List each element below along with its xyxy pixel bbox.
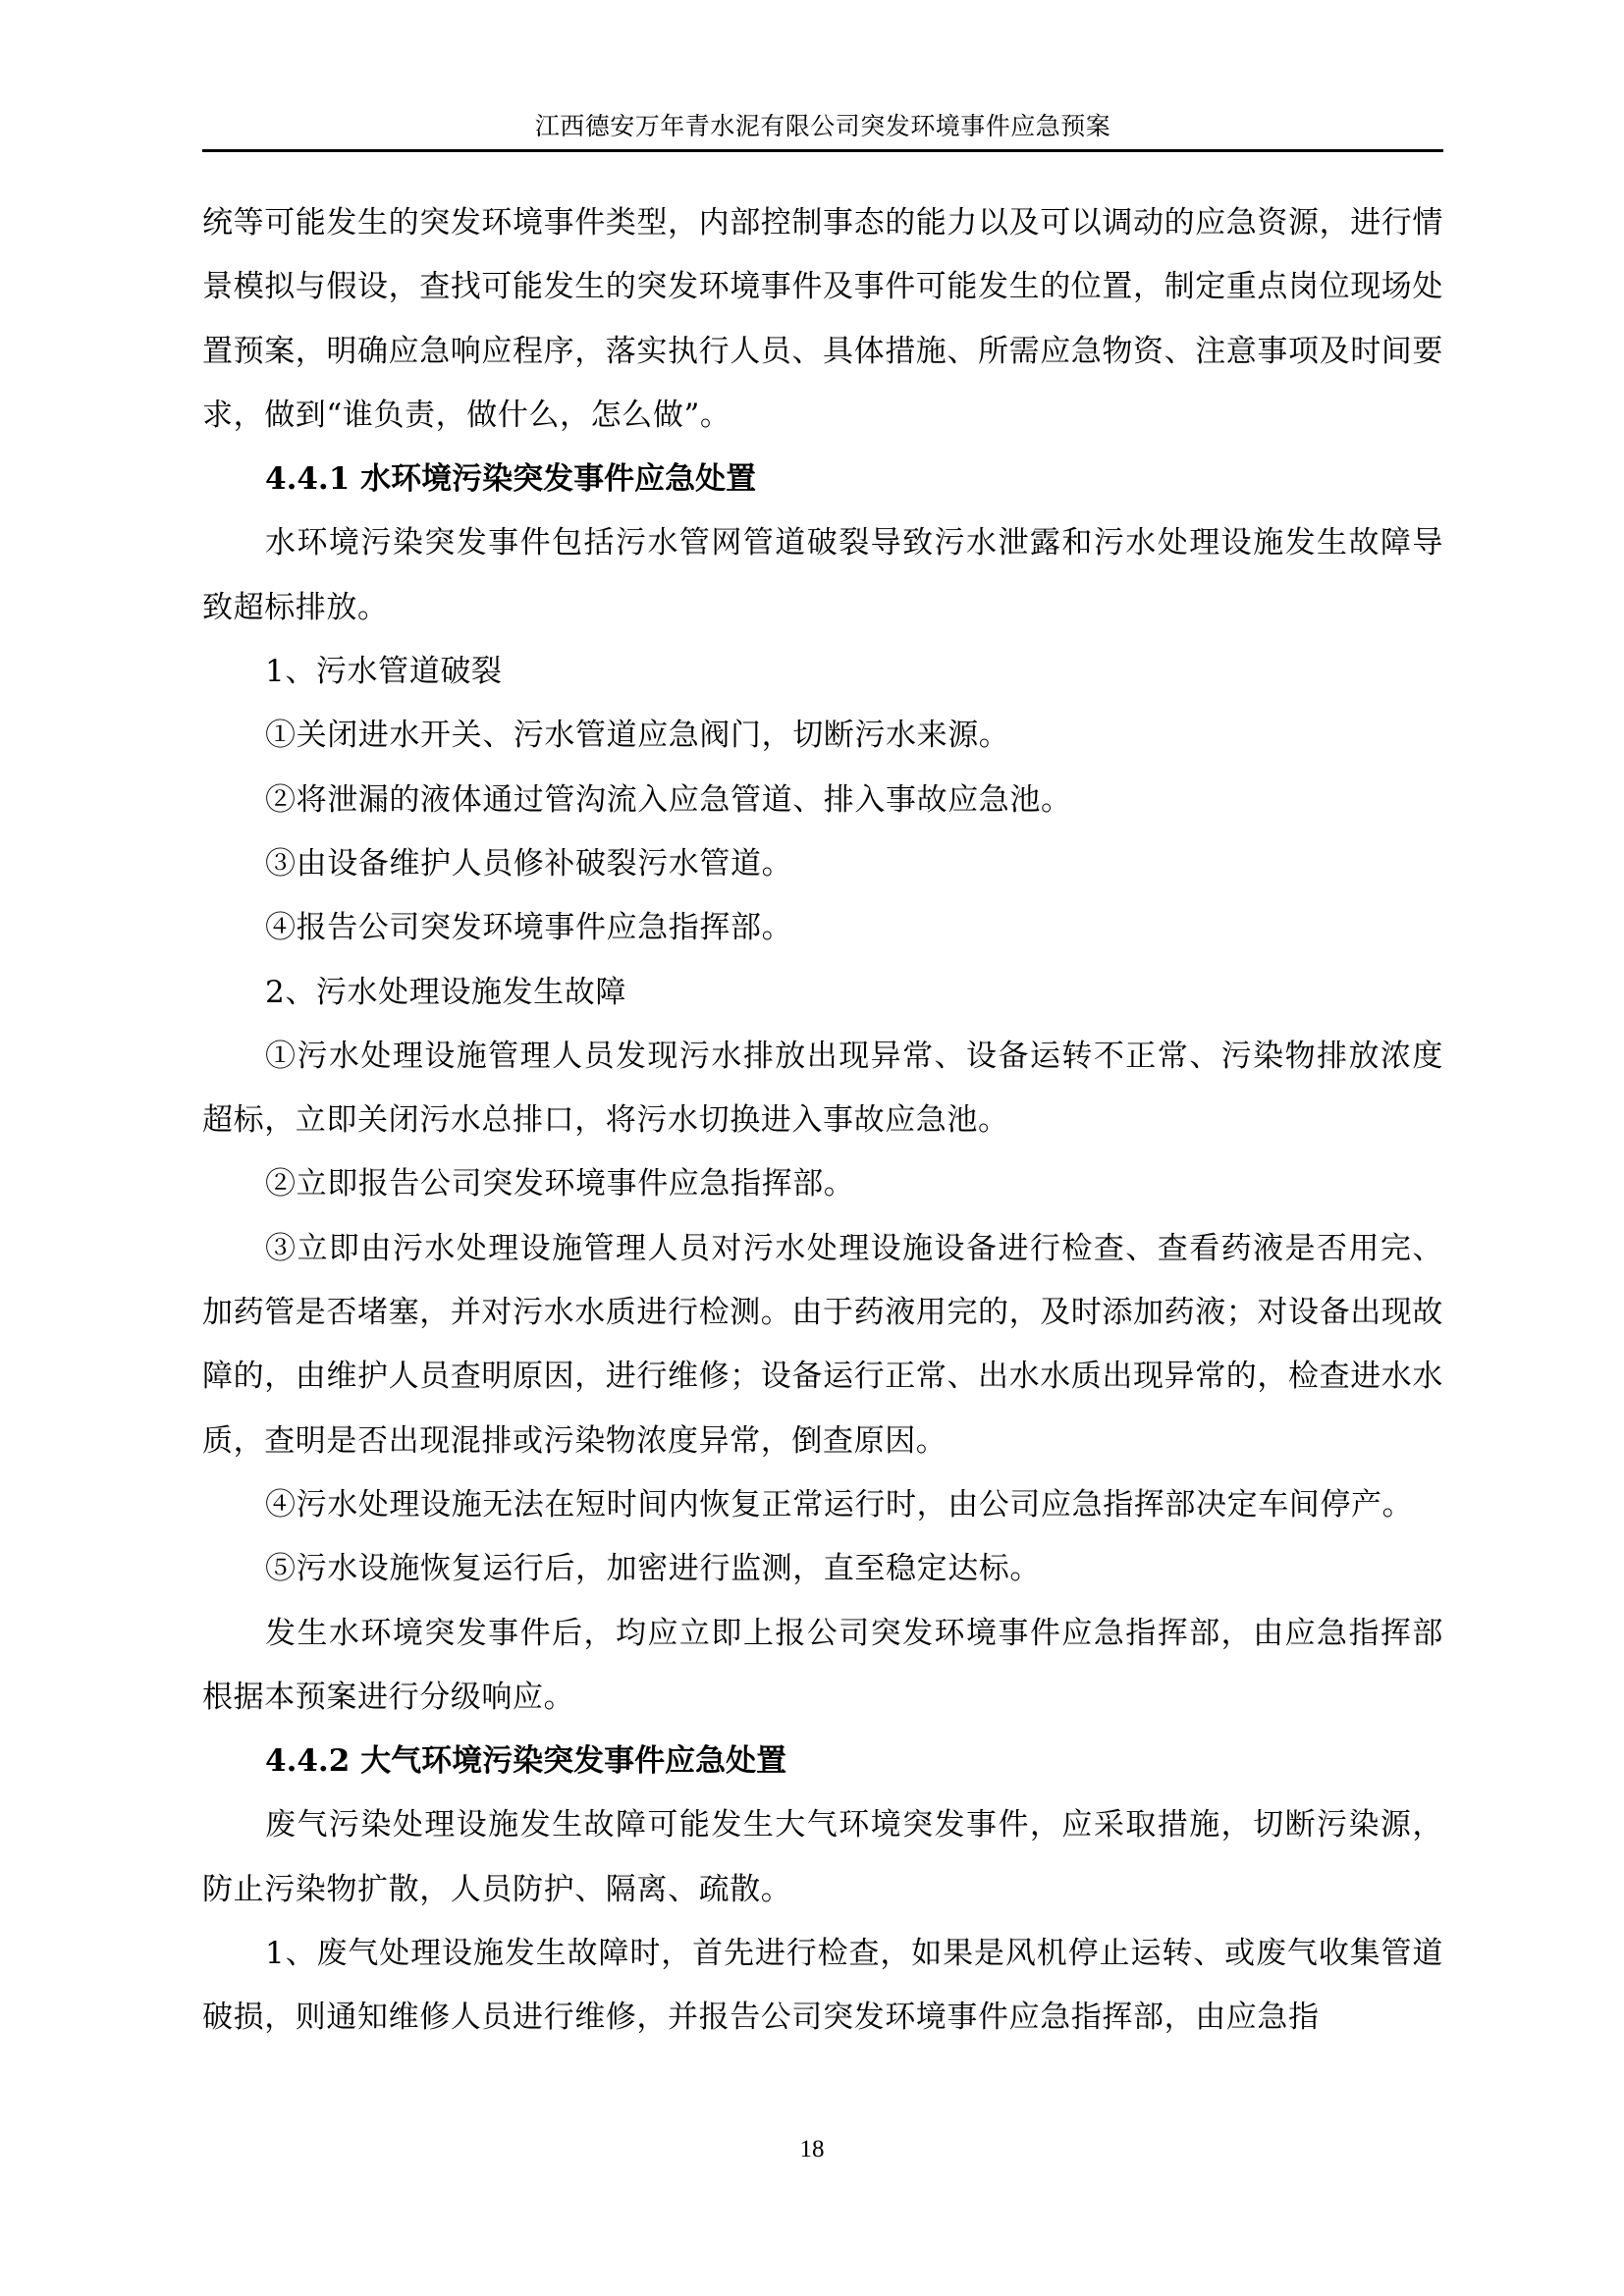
document-body: 统等可能发生的突发环境事件类型，内部控制事态的能力以及可以调动的应急资源，进行情… bbox=[202, 191, 1443, 2051]
item-2-step: ⑤污水设施恢复运行后，加密进行监测，直至稳定达标。 bbox=[202, 1537, 1443, 1601]
intro-paragraph: 统等可能发生的突发环境事件类型，内部控制事态的能力以及可以调动的应急资源，进行情… bbox=[202, 191, 1443, 448]
item-1-step: ④报告公司突发环境事件应急指挥部。 bbox=[202, 896, 1443, 960]
document-header: 江西德安万年青水泥有限公司突发环境事件应急预案 bbox=[202, 110, 1443, 143]
section-442-item-1: 1、废气处理设施发生故障时，首先进行检查，如果是风机停止运转、或废气收集管道破损… bbox=[202, 1922, 1443, 2051]
item-1-step: ②将泄漏的液体通过管沟流入应急管道、排入事故应急池。 bbox=[202, 769, 1443, 832]
page-number: 18 bbox=[0, 2136, 1624, 2163]
section-heading-442: 4.4.2 大气环境污染突发事件应急处置 bbox=[202, 1730, 1443, 1793]
item-2-title: 2、污水处理设施发生故障 bbox=[202, 961, 1443, 1025]
header-rule bbox=[202, 149, 1443, 152]
item-2-step: ①污水处理设施管理人员发现污水排放出现异常、设备运转不正常、污染物排放浓度超标，… bbox=[202, 1025, 1443, 1153]
section-441-summary: 发生水环境突发事件后，均应立即上报公司突发环境事件应急指挥部，由应急指挥部根据本… bbox=[202, 1602, 1443, 1731]
item-1-step: ③由设备维护人员修补破裂污水管道。 bbox=[202, 832, 1443, 896]
item-1-step: ①关闭进水开关、污水管道应急阀门，切断污水来源。 bbox=[202, 704, 1443, 768]
item-2-step: ②立即报告公司突发环境事件应急指挥部。 bbox=[202, 1152, 1443, 1216]
section-441-intro: 水环境污染突发事件包括污水管网管道破裂导致污水泄露和污水处理设施发生故障导致超标… bbox=[202, 511, 1443, 640]
item-1-title: 1、污水管道破裂 bbox=[202, 640, 1443, 704]
section-heading-441: 4.4.1 水环境污染突发事件应急处置 bbox=[202, 448, 1443, 511]
item-2-step: ④污水处理设施无法在短时间内恢复正常运行时，由公司应急指挥部决定车间停产。 bbox=[202, 1473, 1443, 1537]
section-442-intro: 废气污染处理设施发生故障可能发生大气环境突发事件，应采取措施，切断污染源，防止污… bbox=[202, 1793, 1443, 1922]
item-2-step: ③立即由污水处理设施管理人员对污水处理设施设备进行检查、查看药液是否用完、加药管… bbox=[202, 1217, 1443, 1473]
